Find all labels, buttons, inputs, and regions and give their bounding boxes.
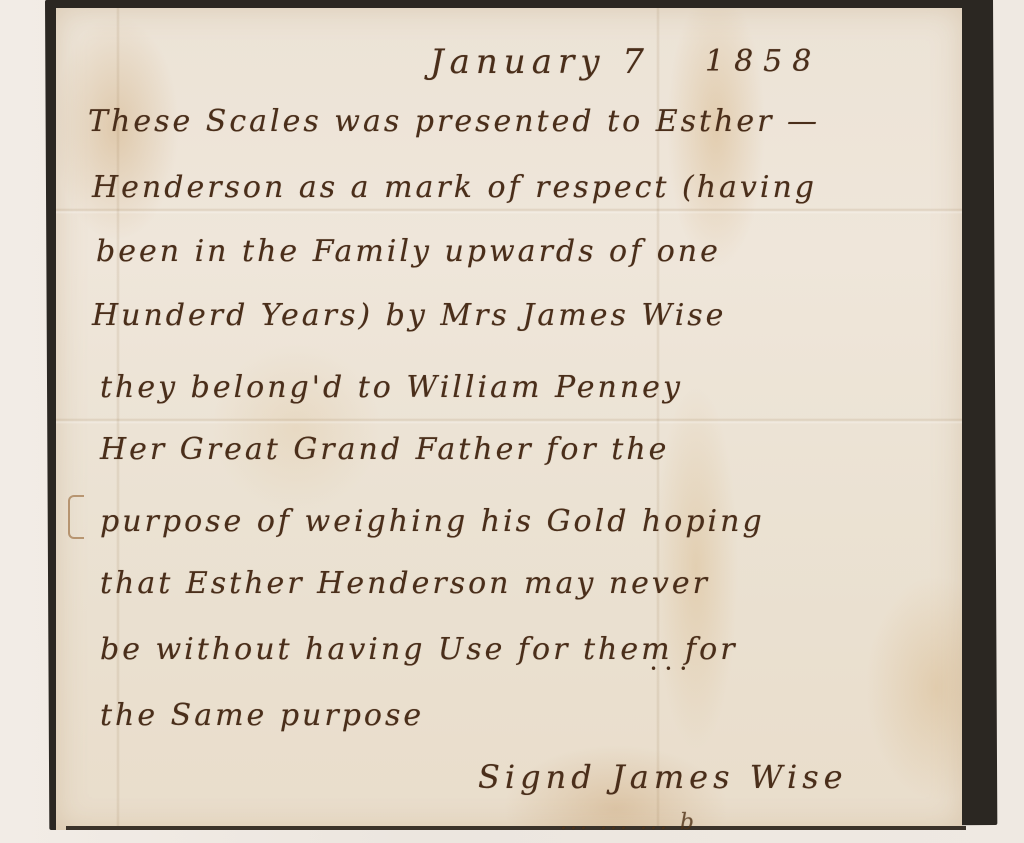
- letter-line-6: Her Great Grand Father for the: [100, 432, 669, 467]
- letter-line-2: Henderson as a mark of respect (having: [92, 170, 817, 205]
- letter-line-8: that Esther Henderson may never: [100, 566, 710, 601]
- ink-blot-dots: • • •: [650, 662, 689, 676]
- date-day: 7: [622, 42, 650, 82]
- date-month-day: January 7: [430, 42, 650, 82]
- letter-line-5: they belong'd to William Penney: [100, 370, 683, 405]
- letter-line-4: Hunderd Years) by Mrs James Wise: [92, 298, 726, 333]
- paper-bottom-edge: [66, 826, 966, 830]
- horizontal-fold-crease: [56, 208, 962, 214]
- horizontal-fold-crease: [56, 418, 962, 424]
- letter-line-3: been in the Family upwards of one: [96, 234, 721, 269]
- letter-line-9: be without having Use for them for: [100, 632, 738, 667]
- photo-scene: January 7 1858 These Scales was presente…: [0, 0, 1024, 843]
- date-month: January: [430, 42, 605, 82]
- letter-line-7: purpose of weighing his Gold hoping: [100, 504, 765, 539]
- signature: Signd James Wise: [478, 758, 848, 796]
- margin-bracket-mark: [68, 495, 84, 539]
- date-year: 1858: [705, 44, 821, 79]
- partial-cut-off-line: ... ... ... b: [560, 810, 697, 835]
- letter-line-10: the Same purpose: [100, 698, 424, 733]
- letter-line-1: These Scales was presented to Esther —: [88, 104, 820, 139]
